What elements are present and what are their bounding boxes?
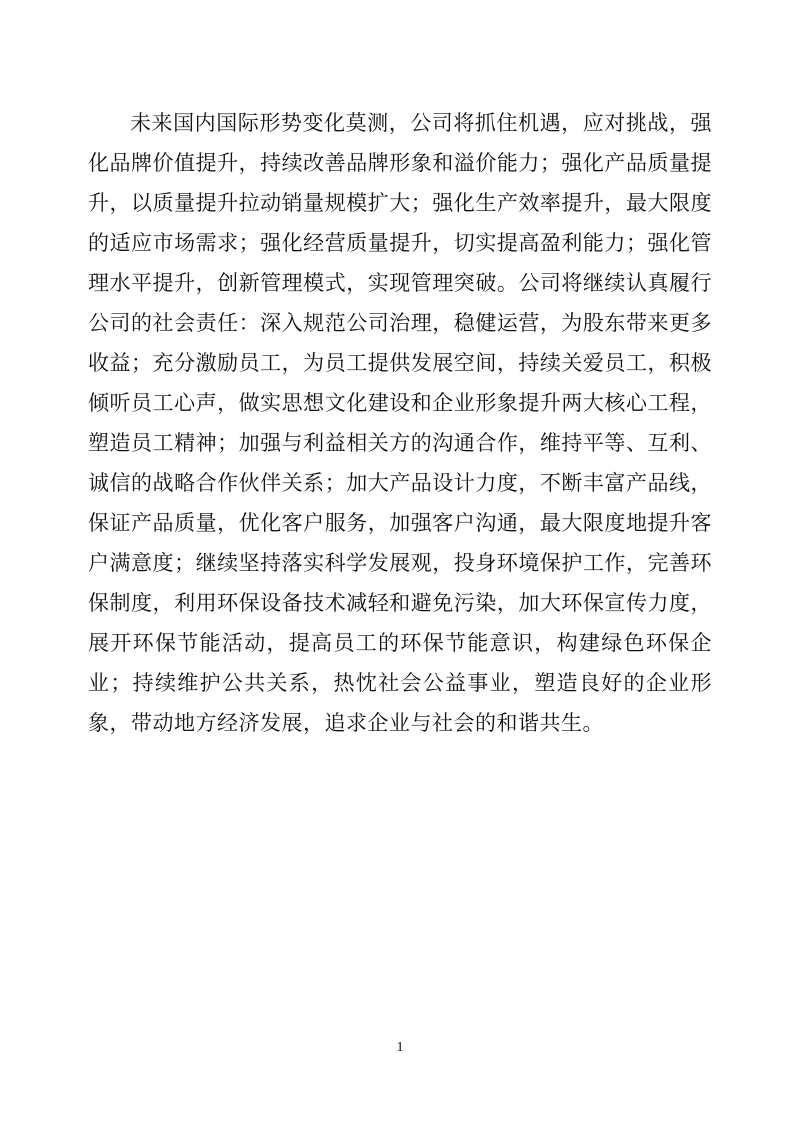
document-page: 未来国内国际形势变化莫测，公司将抓住机遇，应对挑战，强化品牌价值提升，持续改善品… [0, 0, 800, 1139]
page-footer: 1 [0, 1038, 800, 1056]
body-paragraph: 未来国内国际形势变化莫测，公司将抓住机遇，应对挑战，强化品牌价值提升，持续改善品… [88, 104, 712, 744]
page-number: 1 [397, 1040, 404, 1055]
document-body: 未来国内国际形势变化莫测，公司将抓住机遇，应对挑战，强化品牌价值提升，持续改善品… [88, 104, 712, 744]
